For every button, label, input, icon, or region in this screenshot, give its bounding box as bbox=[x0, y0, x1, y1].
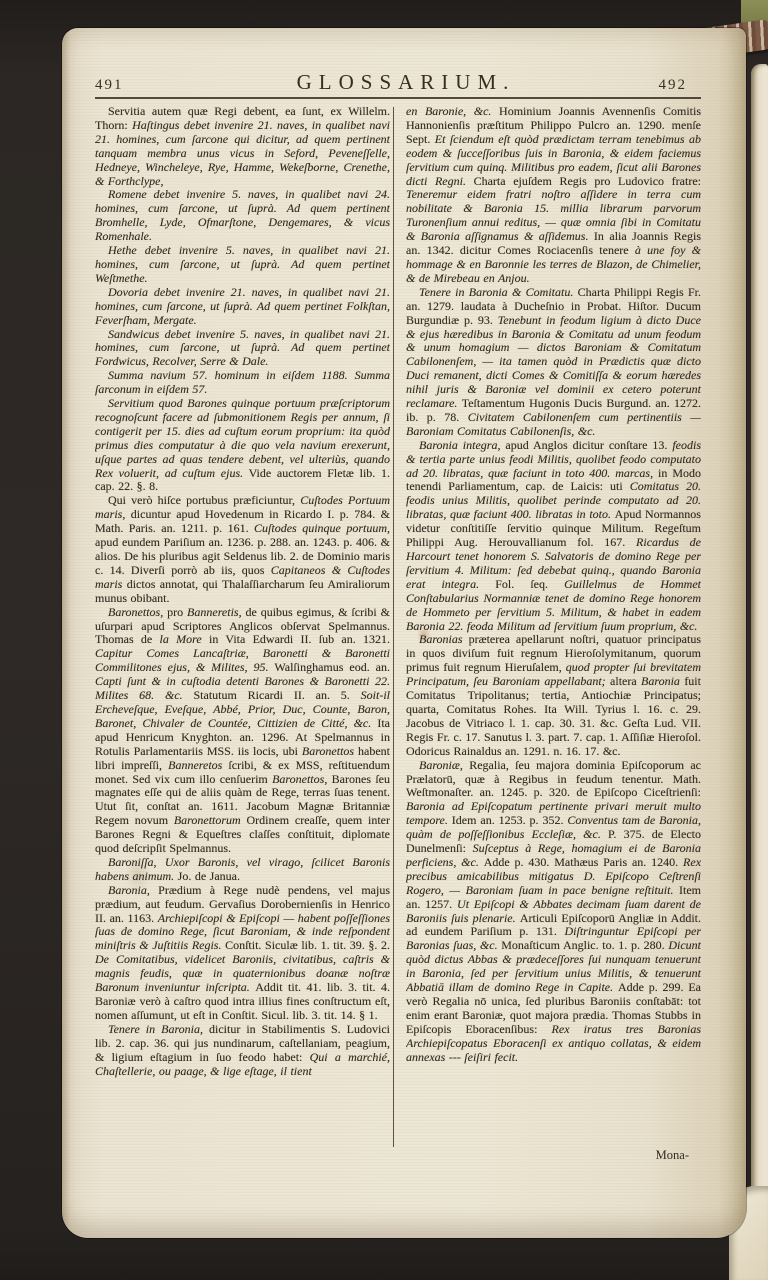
paragraph: Servitium quod Barones quinque portuum p… bbox=[95, 397, 390, 494]
paragraph: en Baronie, &c. Hominium Joannis Avennen… bbox=[406, 105, 701, 286]
text-segment: la More bbox=[160, 632, 209, 646]
page-number-left: 491 bbox=[95, 77, 165, 94]
text-segment: Baroniæ, bbox=[419, 758, 469, 772]
paragraph: Romene debet invenire 5. naves, in quali… bbox=[95, 188, 390, 244]
right-column: en Baronie, &c. Hominium Joannis Avennen… bbox=[406, 105, 701, 1151]
paragraph: Baronias præterea apellarunt noſtri, qua… bbox=[406, 633, 701, 758]
text-segment: Hethe debet invenire 5. naves, in qualib… bbox=[95, 243, 390, 285]
paragraph: Hethe debet invenire 5. naves, in qualib… bbox=[95, 244, 390, 286]
text-segment: Adde p. 430. Mathæus Paris an. 1240. bbox=[484, 855, 683, 869]
paragraph: Baroniæ, Regalia, ſeu majora dominia Epi… bbox=[406, 759, 701, 1065]
text-block: 491 GLOSSARIUM. 492 Servitia autem quæ R… bbox=[95, 70, 701, 1151]
paragraph: Dovoria debet invenire 21. naves, in qua… bbox=[95, 286, 390, 328]
text-segment: Baroniſſa, Uxor Baronis, vel virago, ſci… bbox=[95, 855, 390, 883]
text-segment: pro bbox=[167, 605, 187, 619]
page-header: 491 GLOSSARIUM. 492 bbox=[95, 70, 701, 94]
text-segment: en Baronie, &c. bbox=[406, 105, 499, 118]
page-number-right: 492 bbox=[617, 77, 701, 94]
running-title: GLOSSARIUM. bbox=[165, 70, 617, 95]
text-segment: Dovoria debet invenire 21. naves, in qua… bbox=[95, 285, 390, 327]
book-page: 491 GLOSSARIUM. 492 Servitia autem quæ R… bbox=[62, 28, 746, 1238]
text-segment: Summa navium 57. hominum in eiſdem 1188.… bbox=[95, 368, 390, 396]
text-segment: Fol. ſeq. bbox=[495, 577, 564, 591]
paragraph: Tenere in Baronia & Comitatu. Charta Phi… bbox=[406, 286, 701, 439]
text-segment: Tenere in Baronia, bbox=[108, 1022, 209, 1036]
paragraph: Sandwicus debet invenire 5. naves, in qu… bbox=[95, 328, 390, 370]
paragraph: Servitia autem quæ Regi debent, ea ſunt,… bbox=[95, 105, 390, 188]
text-segment: in Vita Edwardi II. ſub an. 1321. bbox=[209, 632, 390, 646]
paragraph: Summa navium 57. hominum in eiſdem 1188.… bbox=[95, 369, 390, 397]
text-segment: dictos annotat, qui Thalaſſiarcharum ſeu… bbox=[95, 577, 390, 605]
text-segment: Baronia, bbox=[108, 883, 158, 897]
text-segment: altera bbox=[610, 674, 641, 688]
text-segment: Statutum Ricardi II. an. 5. bbox=[194, 688, 361, 702]
text-segment: Baronias bbox=[419, 632, 469, 646]
header-rule bbox=[95, 97, 701, 99]
text-segment: Tenere in Baronia & Comitatu. bbox=[419, 285, 578, 299]
text-segment: Cuſtodes quinque portuum, bbox=[254, 521, 390, 535]
text-segment: Monaſticum Anglic. to. 1. p. 280. bbox=[501, 938, 668, 952]
paragraph: Baronia, Prædium à Rege nudè pendens, ve… bbox=[95, 884, 390, 1023]
fore-edge-of-next-leaves bbox=[751, 64, 768, 1212]
text-segment: Haſtingus debet invenire 21. naves, in q… bbox=[95, 118, 390, 188]
text-segment: apud Anglos dicitur conſtare 13. bbox=[505, 438, 672, 452]
catchword: Mona- bbox=[656, 1148, 689, 1163]
paragraph: Baronia integra, apud Anglos dicitur con… bbox=[406, 439, 701, 634]
text-segment: Baronettos, bbox=[272, 772, 332, 786]
text-segment: Qui verò hiſce portubus præficiuntur, bbox=[108, 493, 300, 507]
text-segment: Banneretis, bbox=[187, 605, 245, 619]
text-segment: Baronettos, bbox=[108, 605, 167, 619]
text-segment: Baronettorum bbox=[174, 813, 247, 827]
text-segment: Baronia bbox=[641, 674, 684, 688]
left-column: Servitia autem quæ Regi debent, ea ſunt,… bbox=[95, 105, 390, 1151]
text-segment: Romene debet invenire 5. naves, in quali… bbox=[95, 187, 390, 243]
text-segment: Banneretos bbox=[168, 758, 228, 772]
text-segment: Charta ejuſdem Regis pro Ludovico fratre… bbox=[474, 174, 701, 188]
two-column-text: Servitia autem quæ Regi debent, ea ſunt,… bbox=[95, 105, 701, 1151]
paragraph: Baronettos, pro Banneretis, de quibus eg… bbox=[95, 606, 390, 856]
text-segment: Idem an. 1253. p. 352. bbox=[452, 813, 568, 827]
text-segment: Baronia integra, bbox=[419, 438, 505, 452]
paragraph: Tenere in Baronia, dicitur in Stabilimen… bbox=[95, 1023, 390, 1079]
text-segment: Walſinghamus eod. an. bbox=[274, 660, 390, 674]
scanned-book-photo: 491 GLOSSARIUM. 492 Servitia autem quæ R… bbox=[0, 0, 768, 1280]
paragraph: Qui verò hiſce portubus præficiuntur, Cu… bbox=[95, 494, 390, 605]
paragraph: Baroniſſa, Uxor Baronis, vel virago, ſci… bbox=[95, 856, 390, 884]
text-segment: Baronettos bbox=[302, 744, 358, 758]
column-divider-rule bbox=[393, 107, 394, 1147]
text-segment: Jo. de Janua. bbox=[178, 869, 240, 883]
text-segment: Sandwicus debet invenire 5. naves, in qu… bbox=[95, 327, 390, 369]
text-segment: Conſtit. Siculæ lib. 1. tit. 39. §. 2. bbox=[225, 938, 390, 952]
